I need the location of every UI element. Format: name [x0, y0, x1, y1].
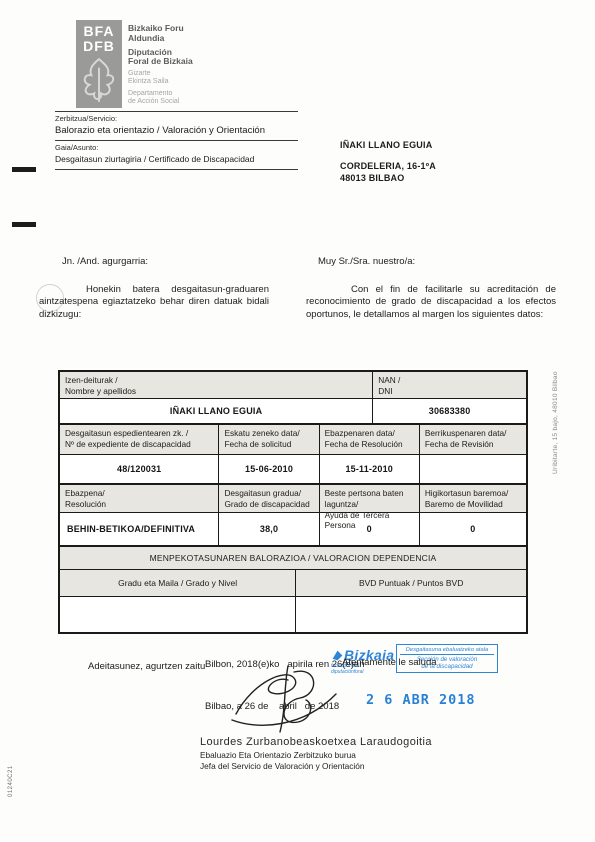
stamp-line-1: Desgaitasuna ebaluatzeko atala	[400, 647, 494, 655]
signatory-title-eu: Ebaluazio Eta Orientazio Zerbitzuko buru…	[200, 750, 432, 761]
department-es: Departamento de Acción Social	[128, 90, 179, 107]
header-file-number: Desgaitasun espedientearen zk. / Nº de e…	[60, 425, 218, 454]
bfa-dfb-logo: BFA DFB	[76, 20, 122, 108]
value-third-person-aid: 0	[319, 513, 419, 545]
office-address-vertical: Uribitarte, 15 bajo, 48010 Bilbao	[552, 324, 559, 474]
farewell-eu: Adeitasunez, agurtzen zaitu	[88, 661, 205, 672]
value-file-number: 48/120031	[60, 455, 218, 483]
dependency-section-title: MENPEKOTASUNAREN BALORAZIOA / VALORACION…	[60, 547, 526, 569]
service-label: Zerbitzua/Servicio:	[55, 112, 298, 124]
table-row: IÑAKI LLANO EGUIA 30683380	[60, 398, 526, 423]
header-disability-degree: Desgaitasun gradua/ Grado de discapacida…	[218, 485, 318, 512]
value-name: IÑAKI LLANO EGUIA	[60, 399, 372, 423]
header-dni: NAN / DNI	[372, 372, 526, 398]
disability-data-table: Izen-deiturak / Nombre y apellidos NAN /…	[58, 370, 528, 634]
table-row: BEHIN-BETIKOA/DEFINITIVA 38,0 0 0	[60, 512, 526, 545]
farewell-es: Atentamente le saluda	[342, 657, 437, 668]
org-name-es: Diputación Foral de Bizkaia	[128, 48, 193, 68]
value-resolution-date: 15-11-2010	[319, 455, 419, 483]
stamp-brand-sub2: diputaciónforal	[331, 669, 394, 675]
subject-value: Desgaitasun ziurtagiria / Certificado de…	[55, 153, 298, 169]
subject-label: Gaia/Asunto:	[55, 141, 298, 153]
logo-acronym-bottom: DFB	[83, 39, 115, 54]
table-row: 48/120031 15-06-2010 15-11-2010	[60, 454, 526, 483]
table-row: Gradu eta Maila / Grado y Nivel BVD Punt…	[60, 569, 526, 596]
date-stamp: 2 6 ABR 2018	[366, 692, 476, 708]
value-revision-date	[419, 455, 526, 483]
body-paragraph-es: Con el fin de facilitarle su acreditació…	[306, 284, 556, 321]
registration-mark	[12, 222, 36, 227]
header-name: Izen-deiturak / Nombre y apellidos	[60, 372, 372, 398]
registration-mark	[12, 167, 36, 172]
header-bvd-points: BVD Puntuak / Puntos BVD	[295, 570, 526, 596]
recipient-address: IÑAKI LLANO EGUIA CORDELERIA, 16-1ºA 480…	[340, 139, 436, 184]
header-resolution: Ebazpena/ Resolución	[60, 485, 218, 512]
header-third-person-aid: Beste pertsona baten laguntza/ Ayuda de …	[319, 485, 419, 512]
table-row	[60, 596, 526, 632]
recipient-name: IÑAKI LLANO EGUIA	[340, 139, 436, 151]
org-name-eu: Bizkaiko Foru Aldundia	[128, 24, 193, 44]
service-value: Balorazio eta orientazio / Valoración y …	[55, 124, 298, 140]
handwritten-signature	[228, 664, 346, 738]
header-revision-date: Berrikuspenaren data/ Fecha de Revisión	[419, 425, 526, 454]
service-subject-block: Zerbitzua/Servicio: Balorazio eta orient…	[55, 111, 298, 170]
divider	[55, 169, 298, 170]
value-grade-level	[60, 597, 295, 632]
value-request-date: 15-06-2010	[218, 455, 318, 483]
oak-leaf-icon	[80, 56, 118, 106]
signatory-title-es: Jefa del Servicio de Valoración y Orient…	[200, 761, 432, 772]
org-names: Bizkaiko Foru Aldundia Diputación Foral …	[128, 24, 193, 71]
logo-acronym: BFA DFB	[83, 24, 115, 54]
spacer	[340, 151, 436, 160]
value-disability-degree: 38,0	[218, 513, 318, 545]
header-request-date: Eskatu zeneko data/ Fecha de solicitud	[218, 425, 318, 454]
recipient-city: 48013 BILBAO	[340, 172, 436, 184]
logo-acronym-top: BFA	[83, 24, 115, 39]
greeting-es: Muy Sr./Sra. nuestro/a:	[318, 256, 415, 267]
department-eu: Gizarte Ekintza Saila	[128, 70, 179, 87]
body-paragraph-eu: Honekin batera desgaitasun-graduaren ain…	[39, 284, 269, 321]
value-resolution: BEHIN-BETIKOA/DEFINITIVA	[60, 513, 218, 545]
greeting-eu: Jn. /And. agurgarria:	[62, 256, 148, 267]
table-row: MENPEKOTASUNAREN BALORAZIOA / VALORACION…	[60, 545, 526, 569]
document-code-vertical: 01240C21	[8, 745, 14, 797]
header-grade-level: Gradu eta Maila / Grado y Nivel	[60, 570, 295, 596]
header-mobility-scale: Higikortasun baremoa/ Baremo de Movilida…	[419, 485, 526, 512]
table-row: Desgaitasun espedientearen zk. / Nº de e…	[60, 423, 526, 454]
value-mobility-scale: 0	[419, 513, 526, 545]
value-bvd-points	[295, 597, 526, 632]
table-row: Izen-deiturak / Nombre y apellidos NAN /…	[60, 372, 526, 398]
department-names: Gizarte Ekintza Saila Departamento de Ac…	[128, 70, 179, 110]
signatory-block: Lourdes Zurbanobeaskoetxea Laraudogoitia…	[200, 736, 432, 772]
recipient-street: CORDELERIA, 16-1ºA	[340, 160, 436, 172]
document-page: BFA DFB Bizkaiko Foru Aldundia Diputació…	[0, 0, 595, 842]
table-row: Ebazpena/ Resolución Desgaitasun gradua/…	[60, 483, 526, 512]
value-dni: 30683380	[372, 399, 526, 423]
header-resolution-date: Ebazpenaren data/ Fecha de Resolución	[319, 425, 419, 454]
